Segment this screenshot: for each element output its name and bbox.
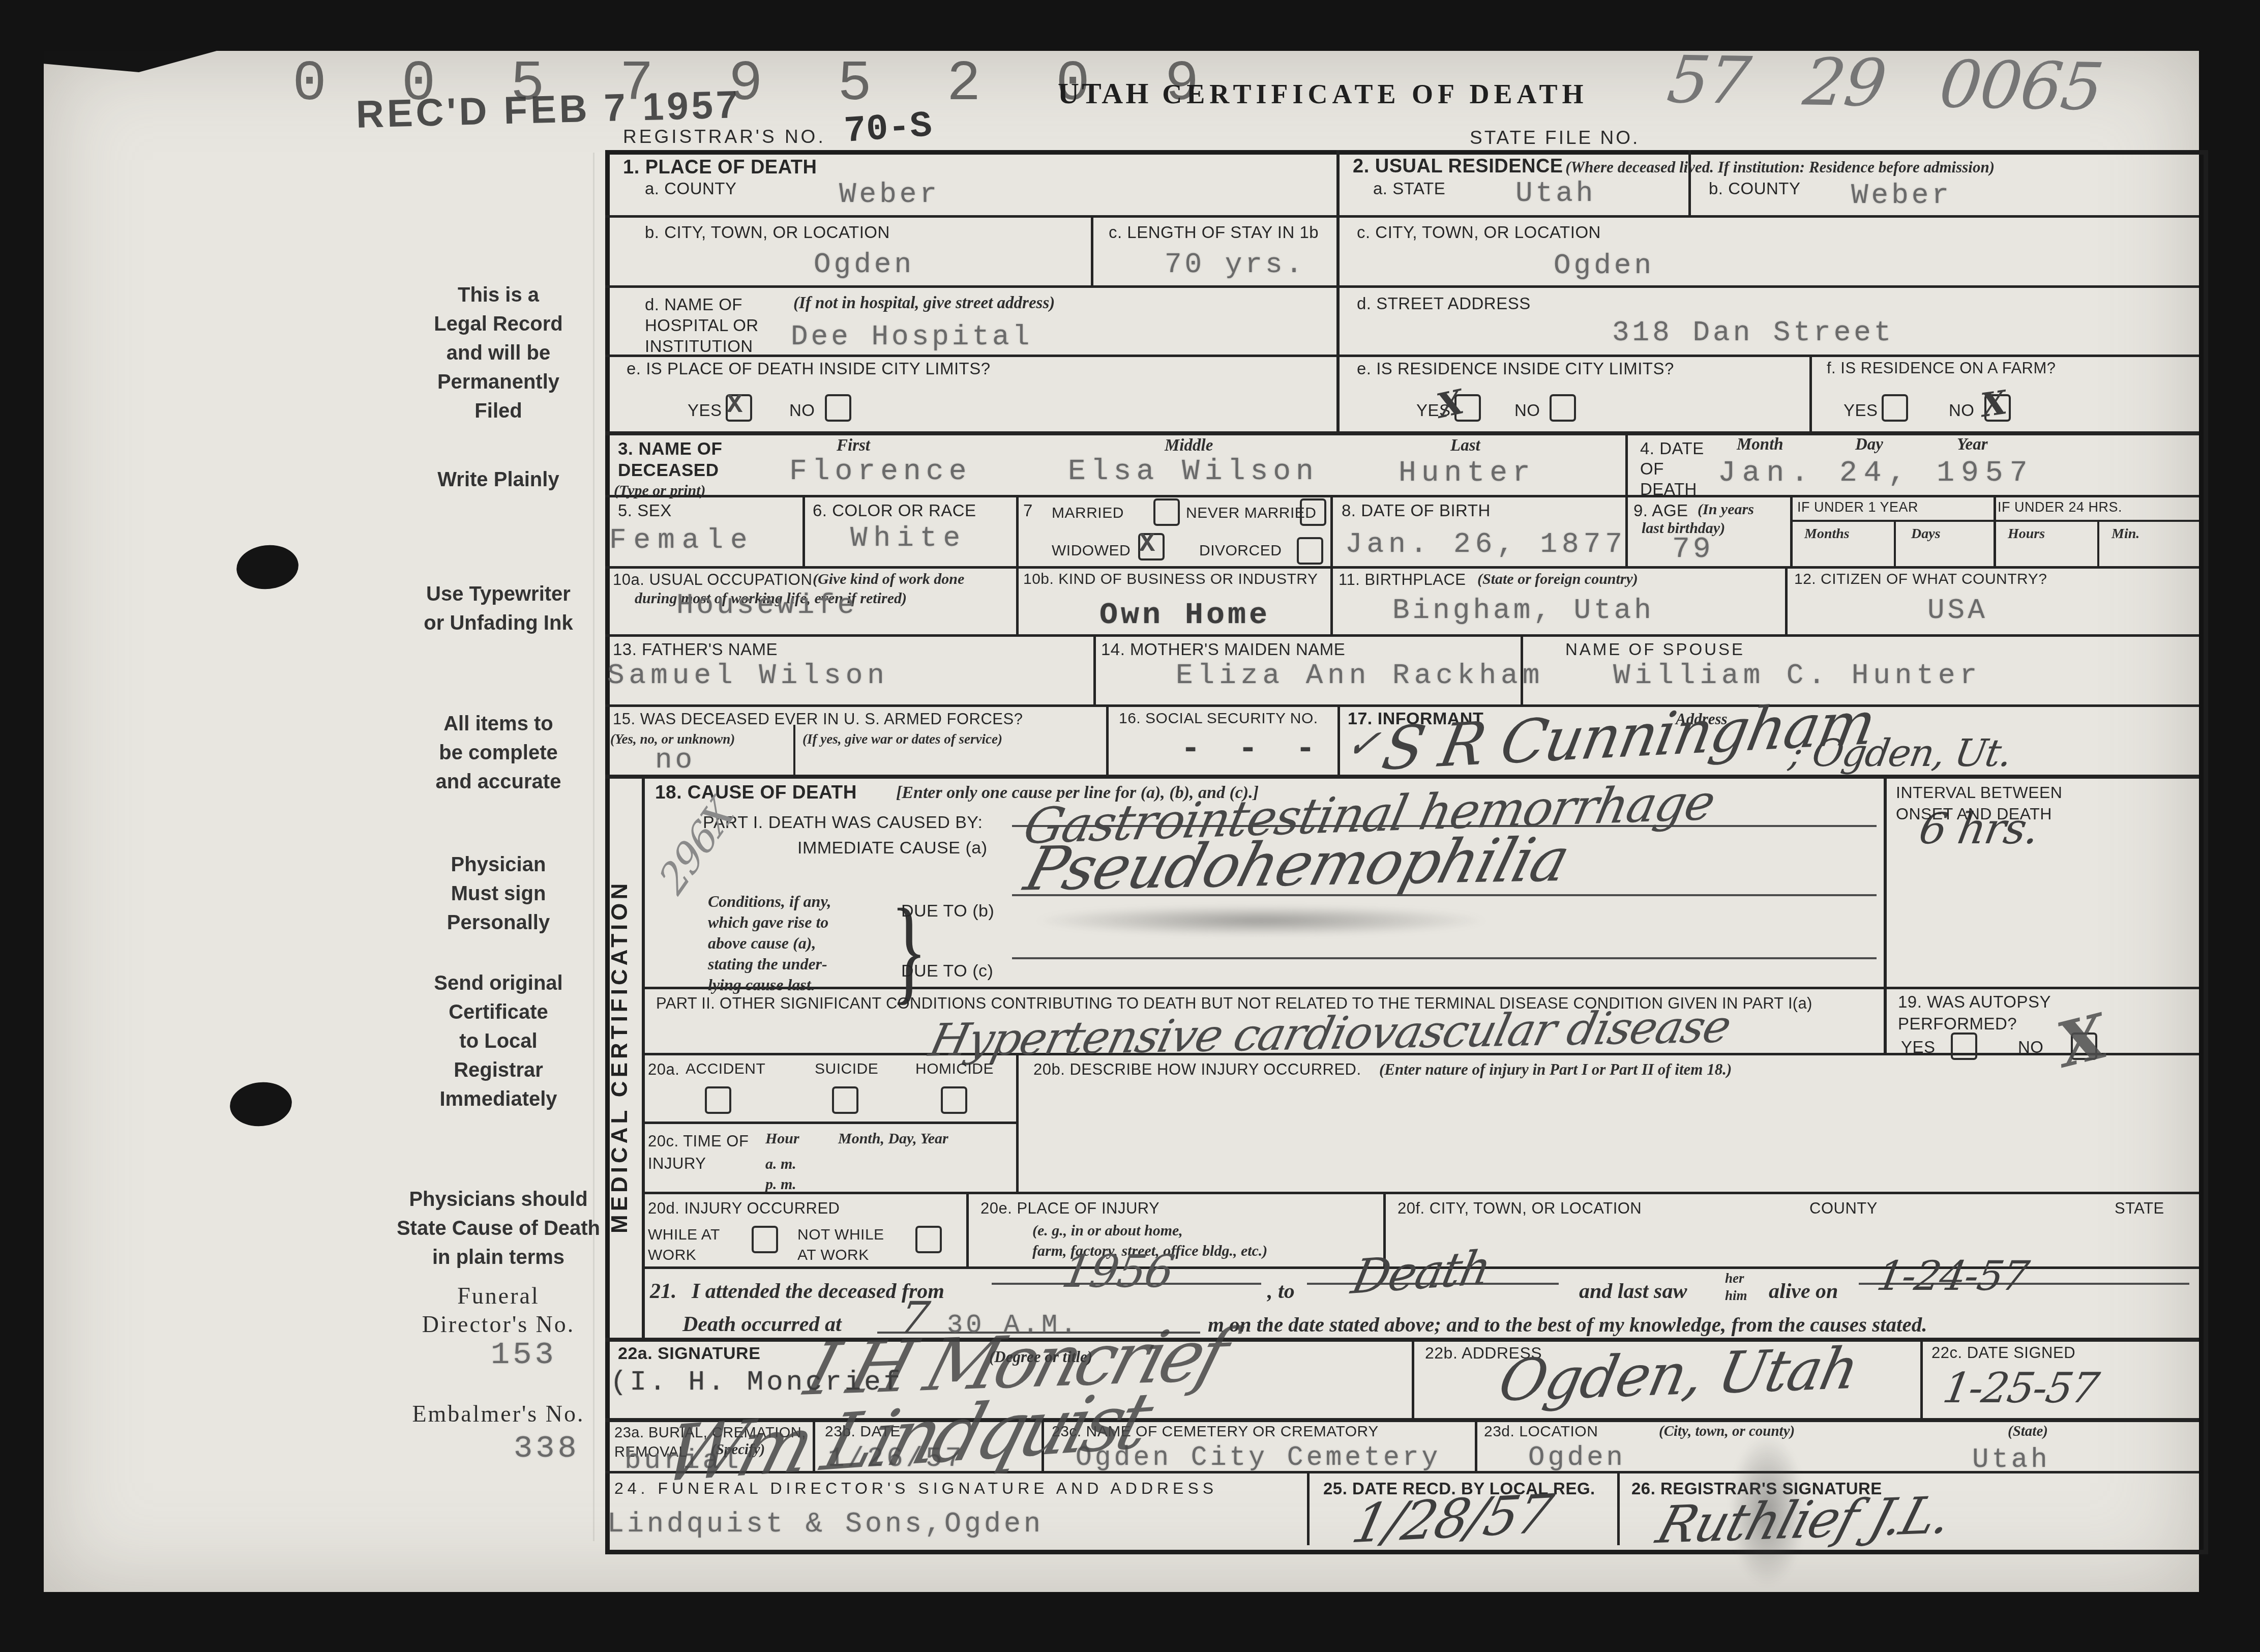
grid-line xyxy=(1809,355,1812,431)
checkbox-mark-p7_widowed: X xyxy=(1139,529,1155,559)
accident-label: ACCIDENT xyxy=(686,1060,765,1078)
margin-note-complete: All items to be complete and accurate xyxy=(397,710,600,796)
grid-line xyxy=(1884,775,1887,1053)
pm-head: p. m. xyxy=(765,1176,796,1193)
checkbox xyxy=(705,1086,731,1114)
grid-line xyxy=(1894,520,1896,566)
hospital-label: d. NAME OF HOSPITAL OR INSTITUTION xyxy=(645,294,759,357)
hours-head: Hours xyxy=(2008,526,2045,542)
date-of-birth-label: 8. DATE OF BIRTH xyxy=(1342,501,1491,520)
checkbox xyxy=(941,1086,967,1114)
am-head: a. m. xyxy=(765,1156,796,1173)
min-head: Min. xyxy=(2112,526,2139,542)
burial-location-value: Ogden xyxy=(1528,1442,1626,1473)
hospital-value: Dee Hospital xyxy=(791,320,1032,353)
injury-county-label: COUNTY xyxy=(1809,1199,1878,1218)
checkbox xyxy=(1300,498,1326,526)
funeral-director-no-value: 153 xyxy=(491,1337,557,1373)
injury-occurred-label: 20d. INJURY OCCURRED xyxy=(648,1199,840,1218)
grid-line xyxy=(1330,495,1333,566)
birthplace-note: (State or foreign country) xyxy=(1477,571,1638,588)
occupation-note-1: (Give kind of work done xyxy=(813,571,964,588)
date-signed-value: 1-25-57 xyxy=(1940,1364,2102,1412)
state-file-no-label: STATE FILE NO. xyxy=(1470,127,1640,149)
citizen-value: USA xyxy=(1927,594,1988,627)
to-text: , to xyxy=(1267,1279,1295,1304)
ssn-value: - - - xyxy=(1181,731,1324,768)
checkbox-p2e_yes: X xyxy=(1454,394,1481,422)
margin-note-send-original: Send original Certificate to Local Regis… xyxy=(397,969,600,1114)
grid-line xyxy=(642,1122,1016,1124)
part1-label: PART I. DEATH WAS CAUSED BY: xyxy=(703,813,983,833)
grid-line xyxy=(1336,150,1340,431)
city-value: Ogden xyxy=(814,248,914,281)
on-date-stated-text: m on the date stated above; and to the b… xyxy=(1208,1312,2205,1337)
checkbox-p1e_yes: X xyxy=(726,394,752,422)
last-name-value: Hunter xyxy=(1399,457,1535,490)
marital-box-number: 7 xyxy=(1023,501,1033,520)
describe-injury-note: (Enter nature of injury in Part I or Par… xyxy=(1379,1060,1732,1079)
checkbox-p2f_no: X xyxy=(1984,394,2011,422)
armed-forces-note-2: (If yes, give war or dates of service) xyxy=(802,731,1002,747)
mother-name-value: Eliza Ann Rackham xyxy=(1176,659,1544,692)
grid-line xyxy=(1106,704,1109,775)
last-saw-text: and last saw xyxy=(1579,1279,1687,1304)
form-title-main: CERTIFICATE OF DEATH xyxy=(1162,79,1588,109)
grid-line xyxy=(1625,431,1628,495)
him-text: him xyxy=(1725,1288,1747,1304)
registrar-no-value: 70-S xyxy=(843,105,933,153)
residence-state-value: Utah xyxy=(1515,177,1596,210)
sex-label: 5. SEX xyxy=(618,501,672,520)
funeral-director-no-label: Funeral Director's No. xyxy=(366,1282,631,1339)
race-label: 6. COLOR OR RACE xyxy=(813,501,976,520)
physician-address-value: Ogden, Utah xyxy=(1493,1335,1864,1414)
signature-22a-label: 22a. SIGNATURE xyxy=(618,1344,760,1364)
age-value: 79 xyxy=(1672,533,1714,566)
grid-line xyxy=(605,495,2199,497)
race-value: White xyxy=(850,522,966,554)
grid-line xyxy=(1412,1338,1414,1418)
form-title-state: UTAH xyxy=(1058,77,1151,110)
city-label: b. CITY, TOWN, OR LOCATION xyxy=(645,223,890,242)
grid-line xyxy=(1307,1471,1310,1545)
date-signed-label: 22c. DATE SIGNED xyxy=(1931,1344,2075,1362)
never-married-label: NEVER MARRIED xyxy=(1186,505,1317,522)
armed-forces-label: 15. WAS DECEASED EVER IN U. S. ARMED FOR… xyxy=(613,710,1023,728)
if-under-24-hrs-label: IF UNDER 24 HRS. xyxy=(1998,499,2122,515)
residence-county-label: b. COUNTY xyxy=(1709,179,1801,198)
her-text: her xyxy=(1725,1271,1744,1286)
embalmer-no-label: Embalmer's No. xyxy=(356,1400,641,1428)
conditions-note: Conditions, if any, which gave rise to a… xyxy=(708,891,831,995)
grid-line xyxy=(1475,1418,1477,1471)
last-name-head: Last xyxy=(1450,436,1480,455)
father-name-value: Samuel Wilson xyxy=(607,659,889,692)
usual-residence-title-note: (Where deceased lived. If institution: R… xyxy=(1565,158,1995,176)
mother-name-label: 14. MOTHER'S MAIDEN NAME xyxy=(1101,640,1345,659)
grid-line xyxy=(1093,634,1096,704)
death-city-limits-yes: YES xyxy=(688,401,722,420)
type-or-print-note: (Type or print) xyxy=(614,482,706,499)
margin-note-write-plainly: Write Plainly xyxy=(397,465,600,494)
margin-note-plain-terms: Physicians should State Cause of Death i… xyxy=(366,1185,631,1272)
state-file-number-handwritten: 57 29 0065 xyxy=(1663,42,2106,126)
grid-line xyxy=(605,566,2199,569)
residence-farm-no: NO xyxy=(1949,401,1975,420)
grid-line xyxy=(605,431,2199,435)
checkbox xyxy=(915,1226,942,1253)
cause-of-death-label: 18. CAUSE OF DEATH xyxy=(655,782,857,803)
grid-line xyxy=(1091,215,1093,285)
interval-label: INTERVAL BETWEEN ONSET AND DEATH xyxy=(1896,782,2062,824)
attended-from-value: 1956 xyxy=(1058,1245,1177,1297)
month-day-year-head: Month, Day, Year xyxy=(838,1130,948,1147)
grid-line xyxy=(1330,566,1333,634)
alive-on-value: 1-24-57 xyxy=(1874,1252,2032,1300)
autopsy-no: NO xyxy=(2018,1038,2044,1057)
divorced-label: DIVORCED xyxy=(1199,542,1282,559)
grid-line xyxy=(642,775,645,1338)
burial-state-note: (State) xyxy=(2008,1423,2048,1440)
checkbox xyxy=(1153,498,1180,526)
grid-line xyxy=(1790,495,1793,566)
autopsy-label: 19. WAS AUTOPSY PERFORMED? xyxy=(1898,991,2051,1035)
medical-certification-strip: MEDICAL CERTIFICATION xyxy=(607,778,641,1335)
checkbox-mark-p2f_no: X xyxy=(1979,383,2009,425)
grid-line xyxy=(1785,566,1788,634)
injury-20a-label: 20a. xyxy=(648,1060,679,1079)
industry-label: 10b. KIND OF BUSINESS OR INDUSTRY xyxy=(1023,571,1318,588)
residence-city-label: c. CITY, TOWN, OR LOCATION xyxy=(1357,223,1601,242)
residence-farm-yes: YES xyxy=(1843,401,1878,420)
hospital-note: (If not in hospital, give street address… xyxy=(793,294,1055,313)
checkbox xyxy=(752,1226,778,1253)
grid-line xyxy=(1617,1471,1620,1545)
grid-line xyxy=(642,1192,2199,1194)
spouse-name-label: NAME OF SPOUSE xyxy=(1565,640,1745,659)
length-of-stay-label: c. LENGTH OF STAY IN 1b xyxy=(1109,223,1319,242)
graphite-smudge-b xyxy=(1032,905,1490,936)
due-to-b-label: DUE TO (b) xyxy=(901,901,994,921)
grid-line xyxy=(793,725,795,775)
father-name-label: 13. FATHER'S NAME xyxy=(613,640,778,659)
grid-line xyxy=(802,495,805,566)
citizen-label: 12. CITIZEN OF WHAT COUNTRY? xyxy=(1794,571,2047,588)
checkbox-p19_no: X xyxy=(2071,1032,2097,1060)
days-head: Days xyxy=(1911,526,1941,542)
checkbox xyxy=(1550,394,1576,422)
married-label: MARRIED xyxy=(1052,505,1124,522)
death-city-limits-label: e. IS PLACE OF DEATH INSIDE CITY LIMITS? xyxy=(627,359,991,378)
dod-day-head: Day xyxy=(1855,435,1883,454)
margin-note-legal-record: This is a Legal Record and will be Perma… xyxy=(397,281,600,426)
time-of-injury-label: 20c. TIME OF INJURY xyxy=(648,1130,749,1175)
date-of-death-value: Jan. 24, 1957 xyxy=(1718,457,2034,490)
county-label: a. COUNTY xyxy=(645,179,737,198)
grid-line xyxy=(605,355,2199,357)
date-received-value: 1/28/57 xyxy=(1347,1482,1558,1555)
spouse-name-value: William C. Hunter xyxy=(1613,659,1981,692)
date-of-death-label: 4. DATE OF DEATH xyxy=(1640,438,1704,499)
scanned-death-certificate: This is a Legal Record and will be Perma… xyxy=(0,0,2260,1652)
grid-line xyxy=(1016,495,1019,566)
burial-state-value: Utah xyxy=(1972,1444,2050,1476)
dod-month-head: Month xyxy=(1737,435,1783,454)
widowed-label: WIDOWED xyxy=(1052,542,1131,559)
injury-state-label: STATE xyxy=(2115,1199,2164,1218)
immediate-cause-label: IMMEDIATE CAUSE (a) xyxy=(797,838,987,858)
form-title: UTAH CERTIFICATE OF DEATH xyxy=(1058,76,1588,110)
checkbox xyxy=(1882,394,1908,422)
age-label: 9. AGE xyxy=(1633,501,1688,520)
item-21-number: 21. xyxy=(650,1279,677,1304)
checkbox xyxy=(1297,537,1323,565)
grid-line xyxy=(605,285,2199,288)
suicide-label: SUICIDE xyxy=(815,1060,878,1078)
grid-line xyxy=(1016,1053,1019,1192)
carbon-smudge xyxy=(1729,1434,1805,1587)
grid-line xyxy=(2097,520,2099,566)
embalmer-no-value: 338 xyxy=(514,1430,580,1466)
middle-name-value: Elsa Wilson xyxy=(1068,455,1319,488)
informant-address-value: ; Ogden, Ut. xyxy=(1786,731,2014,775)
injury-city-label: 20f. CITY, TOWN, OR LOCATION xyxy=(1397,1199,1642,1218)
usual-residence-title: 2. USUAL RESIDENCE (Where deceased lived… xyxy=(1353,156,1995,178)
date-of-birth-value: Jan. 26, 1877 xyxy=(1345,528,1627,560)
death-occurred-text: Death occurred at xyxy=(682,1312,842,1337)
middle-name-head: Middle xyxy=(1165,436,1213,455)
grid-line xyxy=(1016,566,1019,634)
residence-city-value: Ogden xyxy=(1554,249,1654,282)
usual-residence-title-text: 2. USUAL RESIDENCE xyxy=(1353,156,1563,177)
length-of-stay-value: 70 yrs. xyxy=(1165,248,1305,281)
funeral-director-address: Lindquist & Sons,Ogden xyxy=(607,1508,1044,1540)
age-note-1: (In years xyxy=(1698,501,1754,518)
place-of-injury-label: 20e. PLACE OF INJURY xyxy=(980,1199,1159,1218)
first-name-value: Florence xyxy=(789,455,971,488)
grid-line xyxy=(1994,495,1996,566)
birthplace-value: Bingham, Utah xyxy=(1392,594,1654,627)
months-head: Months xyxy=(1804,526,1850,542)
grid-line xyxy=(1920,1338,1923,1418)
due-to-c-label: DUE TO (c) xyxy=(901,961,993,981)
burial-location-label: 23d. LOCATION xyxy=(1484,1423,1598,1440)
residence-city-limits-no: NO xyxy=(1514,401,1540,420)
residence-city-limits-label: e. IS RESIDENCE INSIDE CITY LIMITS? xyxy=(1357,359,1674,378)
cause-c-line xyxy=(1012,957,1877,959)
checkbox xyxy=(832,1086,858,1114)
checkbox xyxy=(1951,1032,1977,1060)
place-of-death-title: 1. PLACE OF DEATH xyxy=(623,157,817,179)
checkbox-mark-p1e_yes: X xyxy=(727,390,742,420)
occupation-label: 10a. USUAL OCCUPATION xyxy=(613,571,812,589)
margin-note-typewriter: Use Typewriter or Unfading Ink xyxy=(386,580,610,638)
checkbox-p7_widowed: X xyxy=(1138,533,1165,560)
not-while-at-work-label: NOT WHILE AT WORK xyxy=(797,1225,884,1265)
grid-line xyxy=(642,987,2199,989)
ssn-label: 16. SOCIAL SECURITY NO. xyxy=(1119,710,1318,727)
residence-farm-label: f. IS RESIDENCE ON A FARM? xyxy=(1827,359,2056,377)
grid-line xyxy=(1337,704,1340,775)
grid-line xyxy=(605,215,2199,218)
registrar-no-label: REGISTRAR'S NO. xyxy=(623,126,826,147)
occupation-value: Housewife xyxy=(676,589,857,622)
dod-year-head: Year xyxy=(1957,435,1988,454)
residence-state-label: a. STATE xyxy=(1373,179,1445,198)
cause-b-value: Pseudohemophilia xyxy=(1018,824,1577,904)
first-name-head: First xyxy=(837,436,870,455)
death-city-limits-no: NO xyxy=(789,401,815,420)
checkbox xyxy=(825,394,851,422)
grid-line xyxy=(605,704,2199,707)
grid-line xyxy=(966,1192,969,1266)
autopsy-yes: YES xyxy=(1901,1038,1936,1057)
street-address-value: 318 Dan Street xyxy=(1612,316,1894,349)
industry-value: Own Home xyxy=(1099,598,1270,633)
county-value: Weber xyxy=(839,178,940,211)
grid-line xyxy=(605,634,2199,637)
if-under-1-year-label: IF UNDER 1 YEAR xyxy=(1797,499,1918,515)
while-at-work-label: WHILE AT WORK xyxy=(648,1225,720,1265)
residence-county-value: Weber xyxy=(1851,179,1952,212)
street-address-label: d. STREET ADDRESS xyxy=(1357,294,1531,313)
attended-to-value: Death xyxy=(1347,1240,1496,1305)
hour-head: Hour xyxy=(765,1130,799,1147)
name-of-deceased-label: 3. NAME OF DECEASED xyxy=(618,438,722,481)
describe-injury-label: 20b. DESCRIBE HOW INJURY OCCURRED. xyxy=(1033,1060,1361,1079)
armed-forces-value: no xyxy=(655,744,695,776)
sex-value: Female xyxy=(609,524,755,556)
birthplace-label: 11. BIRTHPLACE xyxy=(1339,571,1466,589)
homicide-label: HOMICIDE xyxy=(915,1060,994,1078)
alive-on-text: alive on xyxy=(1769,1279,1838,1304)
margin-note-physician-sign: Physician Must sign Personally xyxy=(397,850,600,937)
